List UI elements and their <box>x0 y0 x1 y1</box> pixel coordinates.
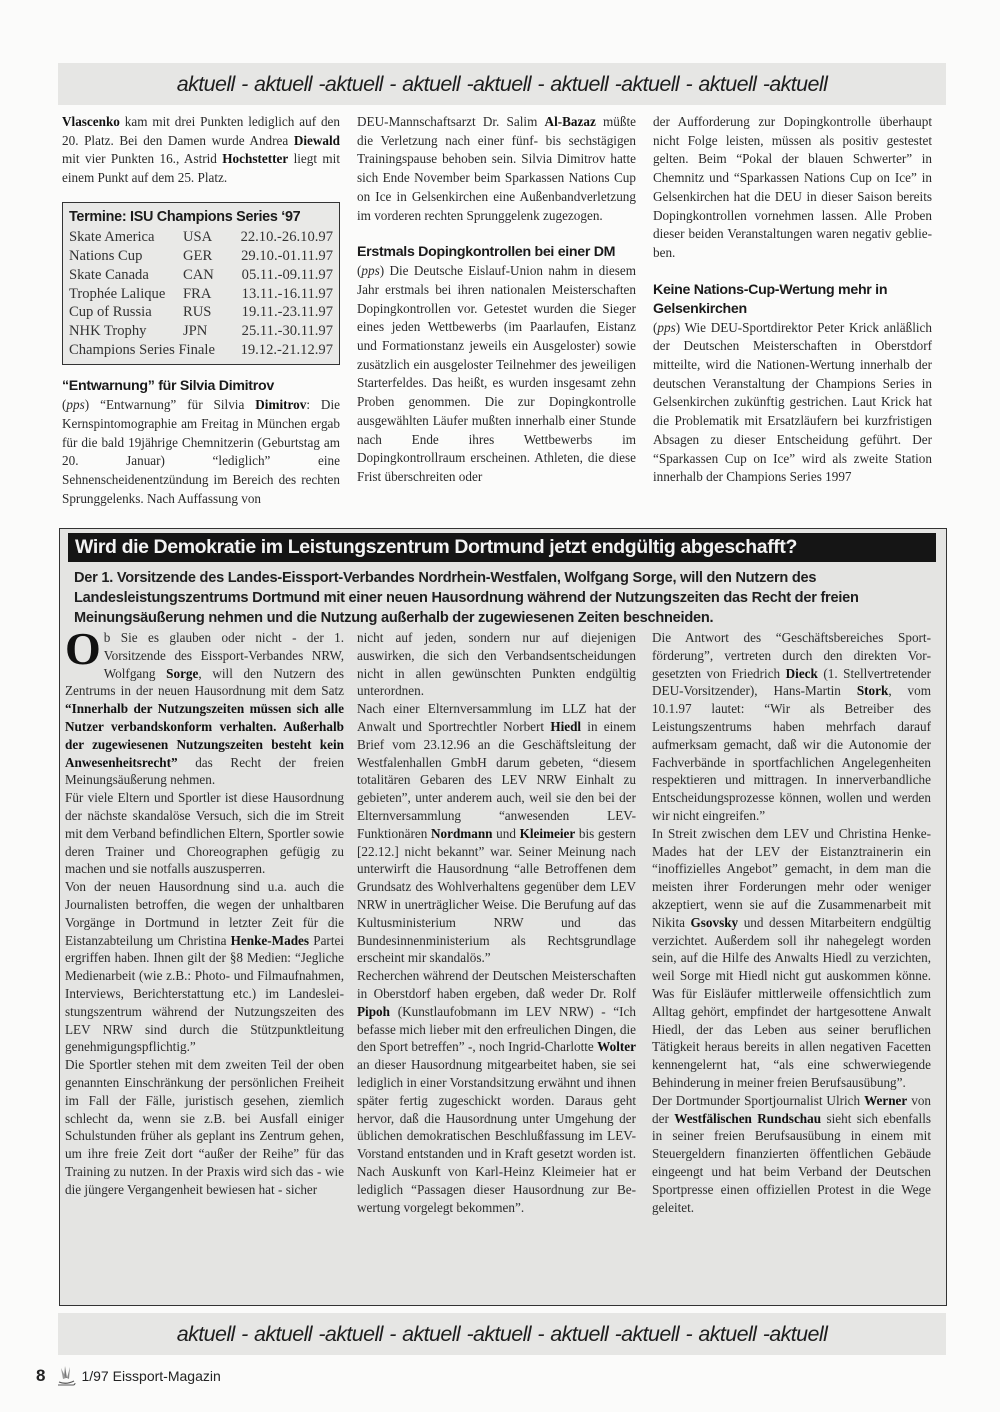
article-column-1: Ob Sie es glauben oder nicht - der 1. Vo… <box>65 629 344 1199</box>
termine-box: Termine: ISU Champions Series ‘97 Skate … <box>62 202 340 365</box>
article-lead: Der 1. Vorsitzende des Landes-Eissport-V… <box>74 568 934 628</box>
article-paragraph: Die Sportler stehen mit dem zweiten Teil… <box>65 1056 344 1198</box>
termine-row: NHK TrophyJPN25.11.-30.11.97 <box>69 322 333 341</box>
drop-cap: O <box>65 631 101 667</box>
article-column-3: Die Antwort des “Geschäftsbereiches Spor… <box>652 629 931 1216</box>
page-footer: 8 1/97 Eissport-Magazin <box>36 1364 221 1388</box>
article-paragraph: nicht auf jeden, sondern nur auf diejeni… <box>357 629 636 700</box>
article-headline: Wird die Demokratie im Leistungszentrum … <box>68 533 936 562</box>
termine-row: Skate AmericaUSA22.10.-26.10.97 <box>69 228 333 247</box>
aktuell-banner-bottom: aktuell - aktuell -aktuell - aktuell -ak… <box>58 1313 946 1355</box>
entwarnung-heading: “Entwarnung” für Silvia Dimitrov <box>62 377 340 396</box>
magazine-issue: 1/97 Eissport-Magazin <box>81 1368 220 1384</box>
doping-paragraph: (pps) Die Deutsche Eislauf-Union nahm in… <box>357 262 636 486</box>
article-paragraph: Für viele Eltern und Sportler ist diese … <box>65 789 344 878</box>
article-column-2: nicht auf jeden, sondern nur auf diejeni… <box>357 629 636 1216</box>
termine-title: Termine: ISU Champions Series ‘97 <box>69 208 333 227</box>
entwarnung-paragraph: (pps) “Entwarnung” für Silvia Dimitrov: … <box>62 396 340 508</box>
article-paragraph: In Streit zwischen dem LEV und Christina… <box>652 825 931 1092</box>
dimitrov-continuation: DEU-Mannschaftsarzt Dr. Salim Al-Bazaz m… <box>357 113 636 225</box>
news-column-1: Vlascenko kam mit drei Punkten lediglich… <box>62 113 340 508</box>
results-paragraph: Vlascenko kam mit drei Punkten lediglich… <box>62 113 340 188</box>
article-paragraph: Von der neuen Hausordnung sind u.a. auch… <box>65 878 344 1056</box>
nations-cup-heading: Keine Nations-Cup-Wertung mehr in Gelsen… <box>653 281 932 319</box>
termine-row: Trophée LaliqueFRA13.11.-16.11.97 <box>69 285 333 304</box>
news-column-3: der Aufforderung zur Dopingkontrolle übe… <box>653 113 932 487</box>
termine-row: Champions Series Finale19.12.-21.12.97 <box>69 341 333 360</box>
termine-row: Nations CupGER29.10.-01.11.97 <box>69 247 333 266</box>
aktuell-banner-top: aktuell - aktuell -aktuell - aktuell -ak… <box>58 63 946 105</box>
article-paragraph: Die Antwort des “Geschäftsbereiches Spor… <box>652 629 931 825</box>
news-column-2: DEU-Mannschaftsarzt Dr. Salim Al-Bazaz m… <box>357 113 636 487</box>
skater-logo-icon <box>55 1364 77 1388</box>
article-paragraph: Der Dortmunder Sportjournalist Ulrich We… <box>652 1092 931 1217</box>
article-paragraph: Recherchen während der Deutschen Meister… <box>357 967 636 1216</box>
page-number: 8 <box>36 1366 45 1386</box>
article-paragraph: Ob Sie es glauben oder nicht - der 1. Vo… <box>65 629 344 789</box>
termine-row: Cup of RussiaRUS19.11.-23.11.97 <box>69 303 333 322</box>
termine-row: Skate CanadaCAN05.11.-09.11.97 <box>69 266 333 285</box>
nations-cup-paragraph: (pps) Wie DEU-Sportdirektor Peter Krick … <box>653 319 932 487</box>
doping-continuation: der Aufforderung zur Dopingkontrolle übe… <box>653 113 932 263</box>
dortmund-article-box: Wird die Demokratie im Leistungszentrum … <box>59 528 947 1306</box>
doping-heading: Erstmals Dopingkontrollen bei einer DM <box>357 243 636 262</box>
article-paragraph: Nach einer Elternversammlung im LLZ hat … <box>357 700 636 967</box>
